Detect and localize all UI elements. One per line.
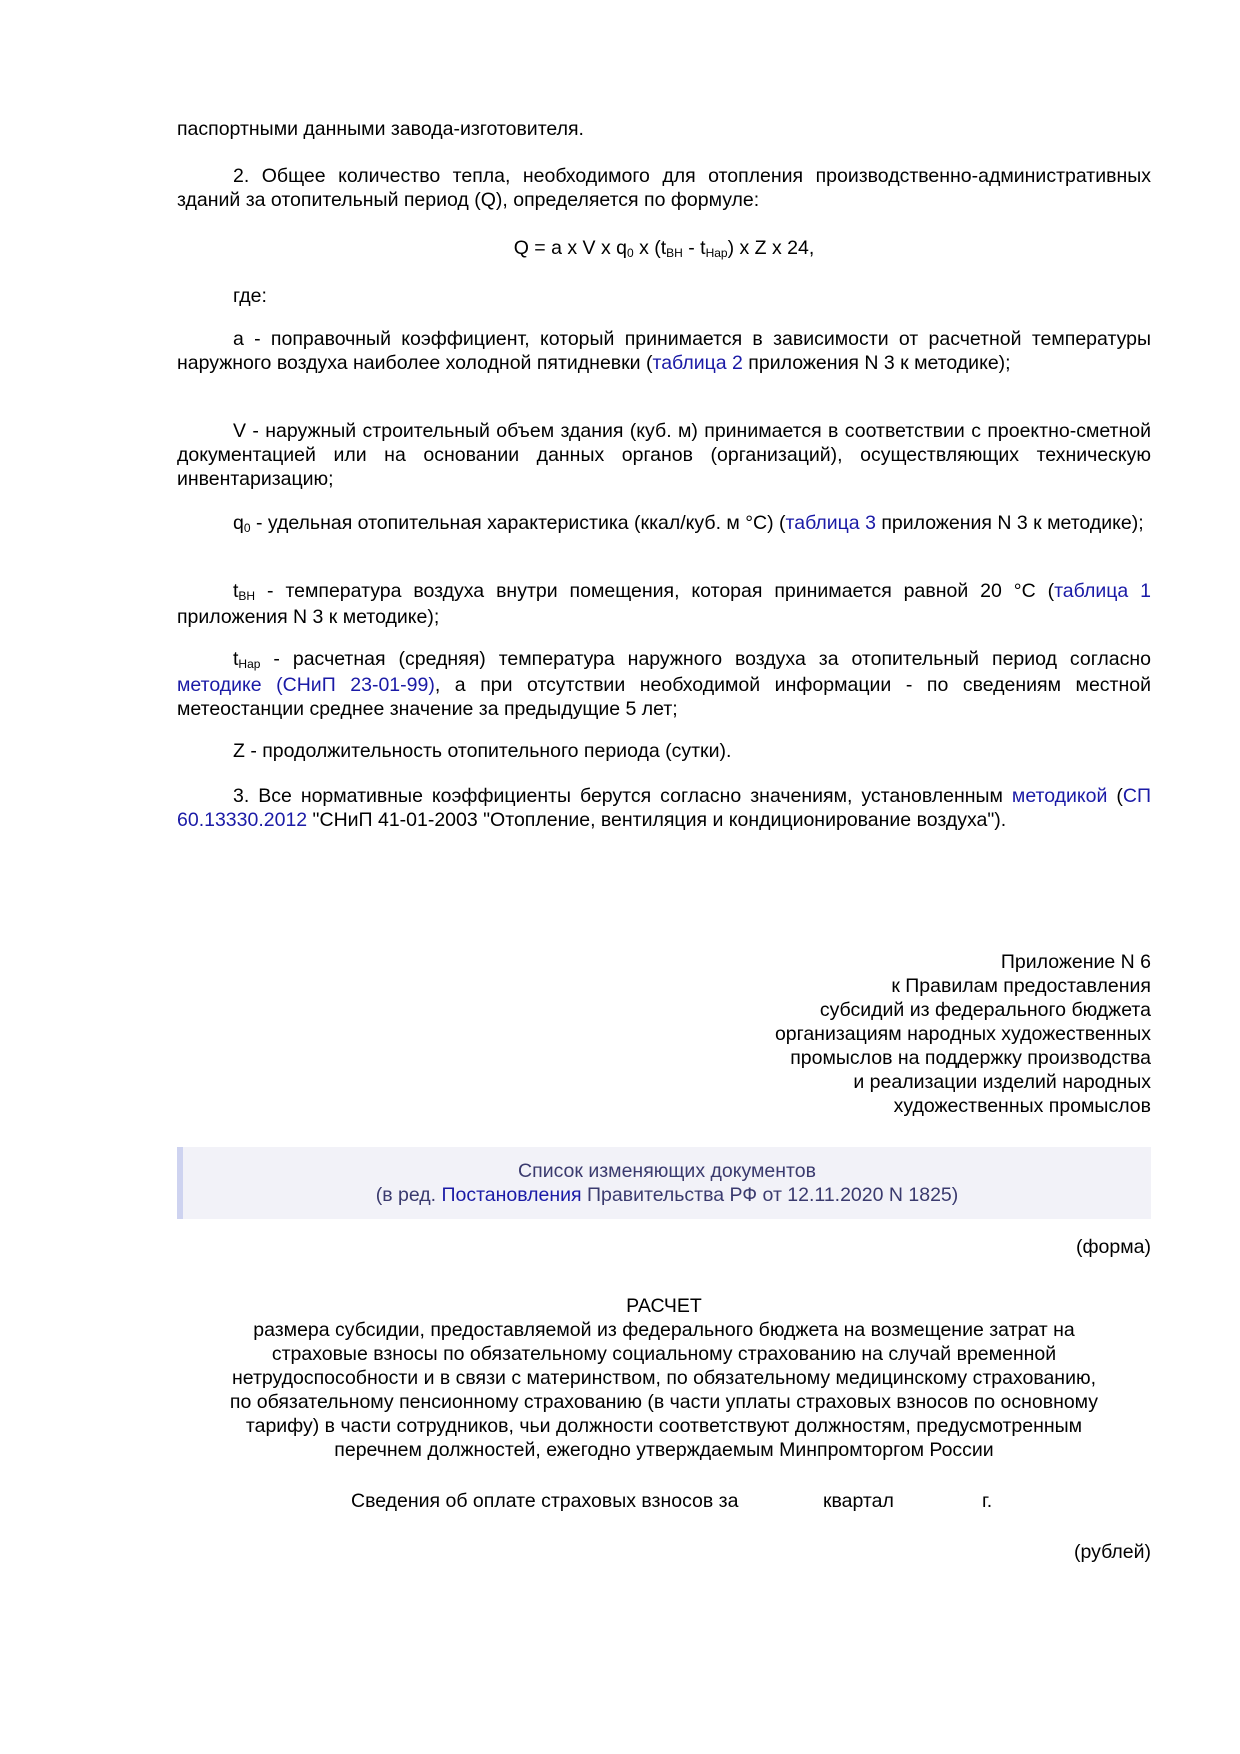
def-t-out: tНар - расчетная (средняя) температура н… bbox=[177, 647, 1151, 721]
calc-title-block: РАСЧЕТ размера субсидии, предоставляемой… bbox=[177, 1294, 1151, 1462]
def-z: Z - продолжительность отопительного пери… bbox=[177, 739, 1151, 763]
calc-subtitle-line: тарифу) в части сотрудников, чьи должнос… bbox=[177, 1414, 1151, 1438]
appendix-line: субсидий из федерального бюджета bbox=[177, 998, 1151, 1022]
def-v: V - наружный строительный объем здания (… bbox=[177, 419, 1151, 491]
link-table-2[interactable]: таблица 2 bbox=[652, 352, 742, 374]
paragraph-2: 2. Общее количество тепла, необходимого … bbox=[177, 164, 1151, 212]
appendix-line: к Правилам предоставления bbox=[177, 974, 1151, 998]
change-list-entry: (в ред. Постановления Правительства РФ о… bbox=[183, 1183, 1151, 1207]
calc-subtitle-line: нетрудоспособности и в связи с материнст… bbox=[177, 1366, 1151, 1390]
appendix-header: Приложение N 6 к Правилам предоставления… bbox=[177, 950, 1151, 1118]
link-table-3[interactable]: таблица 3 bbox=[786, 512, 876, 534]
appendix-line: художественных промыслов bbox=[177, 1094, 1151, 1118]
appendix-line: Приложение N 6 bbox=[177, 950, 1151, 974]
calc-subtitle-line: по обязательному пенсионному страхованию… bbox=[177, 1390, 1151, 1414]
appendix-line: организациям народных художественных bbox=[177, 1022, 1151, 1046]
def-t-in: tВН - температура воздуха внутри помещен… bbox=[177, 579, 1151, 629]
def-a: a - поправочный коэффициент, который при… bbox=[177, 327, 1151, 375]
calc-subtitle-line: перечнем должностей, ежегодно утверждаем… bbox=[177, 1438, 1151, 1462]
units-label: (рублей) bbox=[177, 1540, 1151, 1564]
form-label: (форма) bbox=[177, 1235, 1151, 1259]
calc-subtitle-line: размера субсидии, предоставляемой из фед… bbox=[177, 1318, 1151, 1342]
calc-subtitle-line: страховые взносы по обязательному социал… bbox=[177, 1342, 1151, 1366]
info-line: Сведения об оплате страховых взносов за … bbox=[177, 1490, 1151, 1514]
change-list-title: Список изменяющих документов bbox=[183, 1159, 1151, 1183]
paragraph-3: 3. Все нормативные коэффициенты берутся … bbox=[177, 784, 1151, 832]
calc-title: РАСЧЕТ bbox=[177, 1294, 1151, 1318]
appendix-line: и реализации изделий народных bbox=[177, 1070, 1151, 1094]
change-list-box: Список изменяющих документов (в ред. Пос… bbox=[177, 1147, 1151, 1219]
intro-line: паспортными данными завода-изготовителя. bbox=[177, 117, 1151, 141]
link-methodology[interactable]: методикой bbox=[1012, 785, 1108, 807]
appendix-line: промыслов на поддержку производства bbox=[177, 1046, 1151, 1070]
link-snip-23-01-99[interactable]: методике (СНиП 23-01-99) bbox=[177, 674, 435, 696]
link-table-1[interactable]: таблица 1 bbox=[1054, 580, 1151, 602]
formula: Q = a x V x q0 x (tВН - tНар) x Z x 24, bbox=[177, 236, 1151, 262]
link-resolution[interactable]: Постановления bbox=[441, 1184, 581, 1206]
def-q0: q0 - удельная отопительная характеристик… bbox=[177, 511, 1151, 537]
where-label: где: bbox=[177, 284, 1151, 308]
